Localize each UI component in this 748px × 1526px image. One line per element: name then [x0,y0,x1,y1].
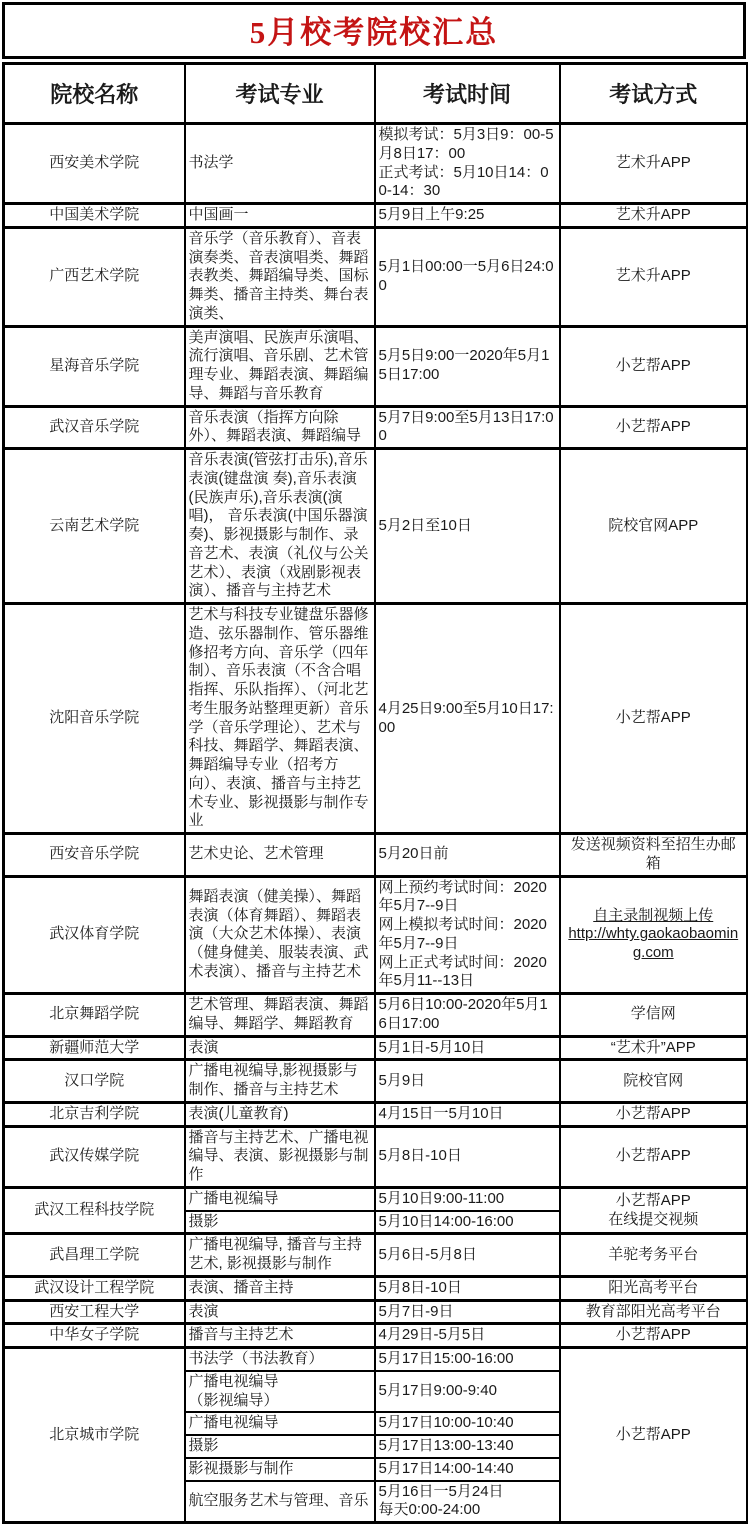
method-line: 院校官网APP [564,517,744,536]
method-line: 小艺帮APP [564,1326,744,1345]
exam-time-cell: 5月9日 [375,1060,560,1103]
exam-method-cell: 小艺帮APP [560,1126,748,1187]
method-line: 艺术升APP [564,206,744,225]
exam-method-cell: 教育部阳光高考平台 [560,1300,748,1324]
table-row: 北京舞蹈学院艺术管理、舞蹈表演、舞蹈编导、舞蹈学、舞蹈教育5月6日10:00-2… [4,994,748,1037]
exam-time-cell: 5月17日15:00-16:00 [375,1348,560,1371]
school-name-cell: 北京城市学院 [4,1348,185,1523]
exam-time-cell: 4月29日-5月5日 [375,1324,560,1348]
exam-major-cell: 表演 [185,1036,375,1060]
exam-method-cell: 羊驼考务平台 [560,1234,748,1277]
exam-major-cell: 广播电视编导 [185,1412,375,1435]
exam-method-cell: 阳光高考平台 [560,1276,748,1300]
table-row: 西安音乐学院艺术史论、艺术管理5月20日前发送视频资料至招生办邮箱 [4,834,748,877]
school-name-cell: 广西艺术学院 [4,227,185,326]
exam-time-cell: 5月10日9:00-11:00 [375,1187,560,1210]
method-line: 教育部阳光高考平台 [564,1303,744,1322]
exam-major-cell: 广播电视编导 [185,1187,375,1210]
exam-major-cell: 摄影 [185,1211,375,1234]
table-row: 武汉体育学院舞蹈表演（健美操）、舞蹈表演（体育舞蹈）、舞蹈表演（大众艺术体操）、… [4,876,748,994]
exam-time-cell: 5月2日至10日 [375,449,560,604]
table-row: 武汉工程科技学院广播电视编导5月10日9:00-11:00小艺帮APP在线提交视… [4,1187,748,1210]
school-name-cell: 汉口学院 [4,1060,185,1103]
table-row: 新疆师范大学表演5月1日-5月10日“艺术升”APP [4,1036,748,1060]
school-name-cell: 武昌理工学院 [4,1234,185,1277]
exam-method-cell: 自主录制视频上传http://whty.gaokaobaoming.com [560,876,748,994]
method-line: 小艺帮APP [564,1426,744,1445]
method-line: 小艺帮APP [564,709,744,728]
table-body: 西安美术学院书法学模拟考试：5月3日9：00-5月8日17：00 正式考试：5月… [4,124,748,1523]
exam-time-cell: 5月17日9:00-9:40 [375,1371,560,1413]
exam-time-cell: 5月17日13:00-13:40 [375,1435,560,1458]
school-name-cell: 星海音乐学院 [4,326,185,406]
exam-major-cell: 艺术与科技专业键盘乐器修造、弦乐器制作、管乐器维修招考方向、音乐学（四年制）、音… [185,604,375,834]
exam-major-cell: 摄影 [185,1435,375,1458]
method-link[interactable]: http://whty.gaokaobaoming.com [564,925,744,963]
exam-method-cell: 小艺帮APP [560,1102,748,1126]
exam-method-cell: 小艺帮APP [560,326,748,406]
table-row: 武汉音乐学院音乐表演（指挥方向除外）、舞蹈表演、舞蹈编导5月7日9:00至5月1… [4,406,748,449]
exam-major-cell: 音乐表演(管弦打击乐),音乐表演(键盘演 奏),音乐表演(民族声乐),音乐表演(… [185,449,375,604]
exam-time-cell: 5月20日前 [375,834,560,877]
exam-method-cell: 艺术升APP [560,124,748,204]
method-line: 院校官网 [564,1072,744,1091]
table-row: 中国美术学院中国画一5月9日上午9:25艺术升APP [4,204,748,228]
school-name-cell: 武汉传媒学院 [4,1126,185,1187]
school-name-cell: 西安工程大学 [4,1300,185,1324]
exam-major-cell: 书法学 [185,124,375,204]
method-line: 小艺帮APP [564,1147,744,1166]
exam-major-cell: 表演(儿童教育) [185,1102,375,1126]
exam-major-cell: 广播电视编导, 播音与主持艺术, 影视摄影与制作 [185,1234,375,1277]
exam-time-cell: 5月7日9:00至5月13日17:00 [375,406,560,449]
exam-major-cell: 表演 [185,1300,375,1324]
school-name-cell: 北京舞蹈学院 [4,994,185,1037]
exam-time-cell: 5月1日-5月10日 [375,1036,560,1060]
exam-time-cell: 5月5日9:00一2020年5月15日17:00 [375,326,560,406]
exam-time-cell: 5月16日一5月24日 每天0:00-24:00 [375,1481,560,1523]
school-name-cell: 沈阳音乐学院 [4,604,185,834]
table-row: 武汉设计工程学院表演、播音主持5月8日-10日阳光高考平台 [4,1276,748,1300]
table-row: 西安工程大学表演5月7日-9日教育部阳光高考平台 [4,1300,748,1324]
col-header-exam-time: 考试时间 [375,64,560,124]
exam-method-cell: 院校官网APP [560,449,748,604]
exam-major-cell: 播音与主持艺术 [185,1324,375,1348]
table-row: 广西艺术学院音乐学（音乐教育）、音表演奏类、音表演唱类、舞蹈表教类、舞蹈编导类、… [4,227,748,326]
method-line: 小艺帮APP [564,418,744,437]
method-line: 艺术升APP [564,154,744,173]
school-name-cell: 新疆师范大学 [4,1036,185,1060]
exam-method-cell: 院校官网 [560,1060,748,1103]
school-name-cell: 武汉体育学院 [4,876,185,994]
page: 5月校考院校汇总 院校名称 考试专业 考试时间 考试方式 西安美术学院书法学模拟… [0,0,748,1526]
method-line: 自主录制视频上传 [564,907,744,926]
exam-time-cell: 5月8日-10日 [375,1276,560,1300]
school-name-cell: 中华女子学院 [4,1324,185,1348]
exam-time-cell: 4月15日一5月10日 [375,1102,560,1126]
exam-major-cell: 艺术管理、舞蹈表演、舞蹈编导、舞蹈学、舞蹈教育 [185,994,375,1037]
exam-time-cell: 模拟考试：5月3日9：00-5月8日17：00 正式考试：5月10日14：00-… [375,124,560,204]
exam-method-cell: 小艺帮APP [560,406,748,449]
school-name-cell: 武汉工程科技学院 [4,1187,185,1234]
exam-method-cell: 小艺帮APP [560,1348,748,1523]
table-row: 武汉传媒学院播音与主持艺术、广播电视编导、表演、影视摄影与制作5月8日-10日小… [4,1126,748,1187]
page-title: 5月校考院校汇总 [2,2,746,59]
method-line: 小艺帮APP [564,1192,744,1211]
exam-time-cell: 5月7日-9日 [375,1300,560,1324]
school-name-cell: 武汉音乐学院 [4,406,185,449]
exam-time-cell: 5月6日-5月8日 [375,1234,560,1277]
col-header-school-name: 院校名称 [4,64,185,124]
exam-method-cell: 发送视频资料至招生办邮箱 [560,834,748,877]
school-name-cell: 西安音乐学院 [4,834,185,877]
method-line: “艺术升”APP [564,1039,744,1058]
exam-time-cell: 5月9日上午9:25 [375,204,560,228]
table-row: 北京吉利学院表演(儿童教育)4月15日一5月10日小艺帮APP [4,1102,748,1126]
exam-major-cell: 播音与主持艺术、广播电视编导、表演、影视摄影与制作 [185,1126,375,1187]
table-row: 星海音乐学院美声演唱、民族声乐演唱、流行演唱、音乐剧、艺术管理专业、舞蹈表演、舞… [4,326,748,406]
method-line: 羊驼考务平台 [564,1246,744,1265]
method-line: 小艺帮APP [564,1105,744,1124]
method-line: 在线提交视频 [564,1211,744,1230]
table-row: 沈阳音乐学院艺术与科技专业键盘乐器修造、弦乐器制作、管乐器维修招考方向、音乐学（… [4,604,748,834]
school-name-cell: 云南艺术学院 [4,449,185,604]
exam-time-cell: 5月6日10:00-2020年5月16日17:00 [375,994,560,1037]
exam-major-cell: 音乐表演（指挥方向除外）、舞蹈表演、舞蹈编导 [185,406,375,449]
exam-time-cell: 网上预约考试时间：2020年5月7--9日 网上模拟考试时间：2020年5月7-… [375,876,560,994]
exam-major-cell: 美声演唱、民族声乐演唱、流行演唱、音乐剧、艺术管理专业、舞蹈表演、舞蹈编导、舞蹈… [185,326,375,406]
exam-major-cell: 广播电视编导 （影视编导） [185,1371,375,1413]
table-row: 中华女子学院播音与主持艺术4月29日-5月5日小艺帮APP [4,1324,748,1348]
school-name-cell: 中国美术学院 [4,204,185,228]
exam-major-cell: 航空服务艺术与管理、音乐 [185,1481,375,1523]
method-line: 阳光高考平台 [564,1279,744,1298]
exam-method-cell: 艺术升APP [560,227,748,326]
method-line: 学信网 [564,1005,744,1024]
exam-summary-table: 院校名称 考试专业 考试时间 考试方式 西安美术学院书法学模拟考试：5月3日9：… [2,62,748,1524]
exam-time-cell: 5月10日14:00-16:00 [375,1211,560,1234]
exam-method-cell: 学信网 [560,994,748,1037]
exam-method-cell: 小艺帮APP [560,1324,748,1348]
table-row: 武昌理工学院广播电视编导, 播音与主持艺术, 影视摄影与制作5月6日-5月8日羊… [4,1234,748,1277]
table-row: 西安美术学院书法学模拟考试：5月3日9：00-5月8日17：00 正式考试：5月… [4,124,748,204]
school-name-cell: 北京吉利学院 [4,1102,185,1126]
exam-time-cell: 5月1日00:00一5月6日24:00 [375,227,560,326]
school-name-cell: 西安美术学院 [4,124,185,204]
school-name-cell: 武汉设计工程学院 [4,1276,185,1300]
method-line: 发送视频资料至招生办邮箱 [564,836,744,874]
exam-major-cell: 影视摄影与制作 [185,1458,375,1481]
exam-major-cell: 表演、播音主持 [185,1276,375,1300]
table-row: 北京城市学院书法学（书法教育）5月17日15:00-16:00小艺帮APP [4,1348,748,1371]
exam-time-cell: 5月17日14:00-14:40 [375,1458,560,1481]
table-row: 汉口学院广播电视编导,影视摄影与制作、播音与主持艺术5月9日院校官网 [4,1060,748,1103]
exam-major-cell: 书法学（书法教育） [185,1348,375,1371]
exam-method-cell: 小艺帮APP [560,604,748,834]
exam-major-cell: 艺术史论、艺术管理 [185,834,375,877]
header-row: 院校名称 考试专业 考试时间 考试方式 [4,64,748,124]
col-header-exam-method: 考试方式 [560,64,748,124]
exam-major-cell: 广播电视编导,影视摄影与制作、播音与主持艺术 [185,1060,375,1103]
exam-major-cell: 中国画一 [185,204,375,228]
exam-method-cell: 艺术升APP [560,204,748,228]
method-line: 艺术升APP [564,267,744,286]
exam-major-cell: 舞蹈表演（健美操）、舞蹈表演（体育舞蹈）、舞蹈表演（大众艺术体操）、表演（健身健… [185,876,375,994]
col-header-exam-major: 考试专业 [185,64,375,124]
exam-time-cell: 5月17日10:00-10:40 [375,1412,560,1435]
exam-major-cell: 音乐学（音乐教育）、音表演奏类、音表演唱类、舞蹈表教类、舞蹈编导类、国标舞类、播… [185,227,375,326]
exam-time-cell: 5月8日-10日 [375,1126,560,1187]
table-row: 云南艺术学院音乐表演(管弦打击乐),音乐表演(键盘演 奏),音乐表演(民族声乐)… [4,449,748,604]
method-line: 小艺帮APP [564,357,744,376]
exam-method-cell: “艺术升”APP [560,1036,748,1060]
exam-time-cell: 4月25日9:00至5月10日17:00 [375,604,560,834]
exam-method-cell: 小艺帮APP在线提交视频 [560,1187,748,1234]
